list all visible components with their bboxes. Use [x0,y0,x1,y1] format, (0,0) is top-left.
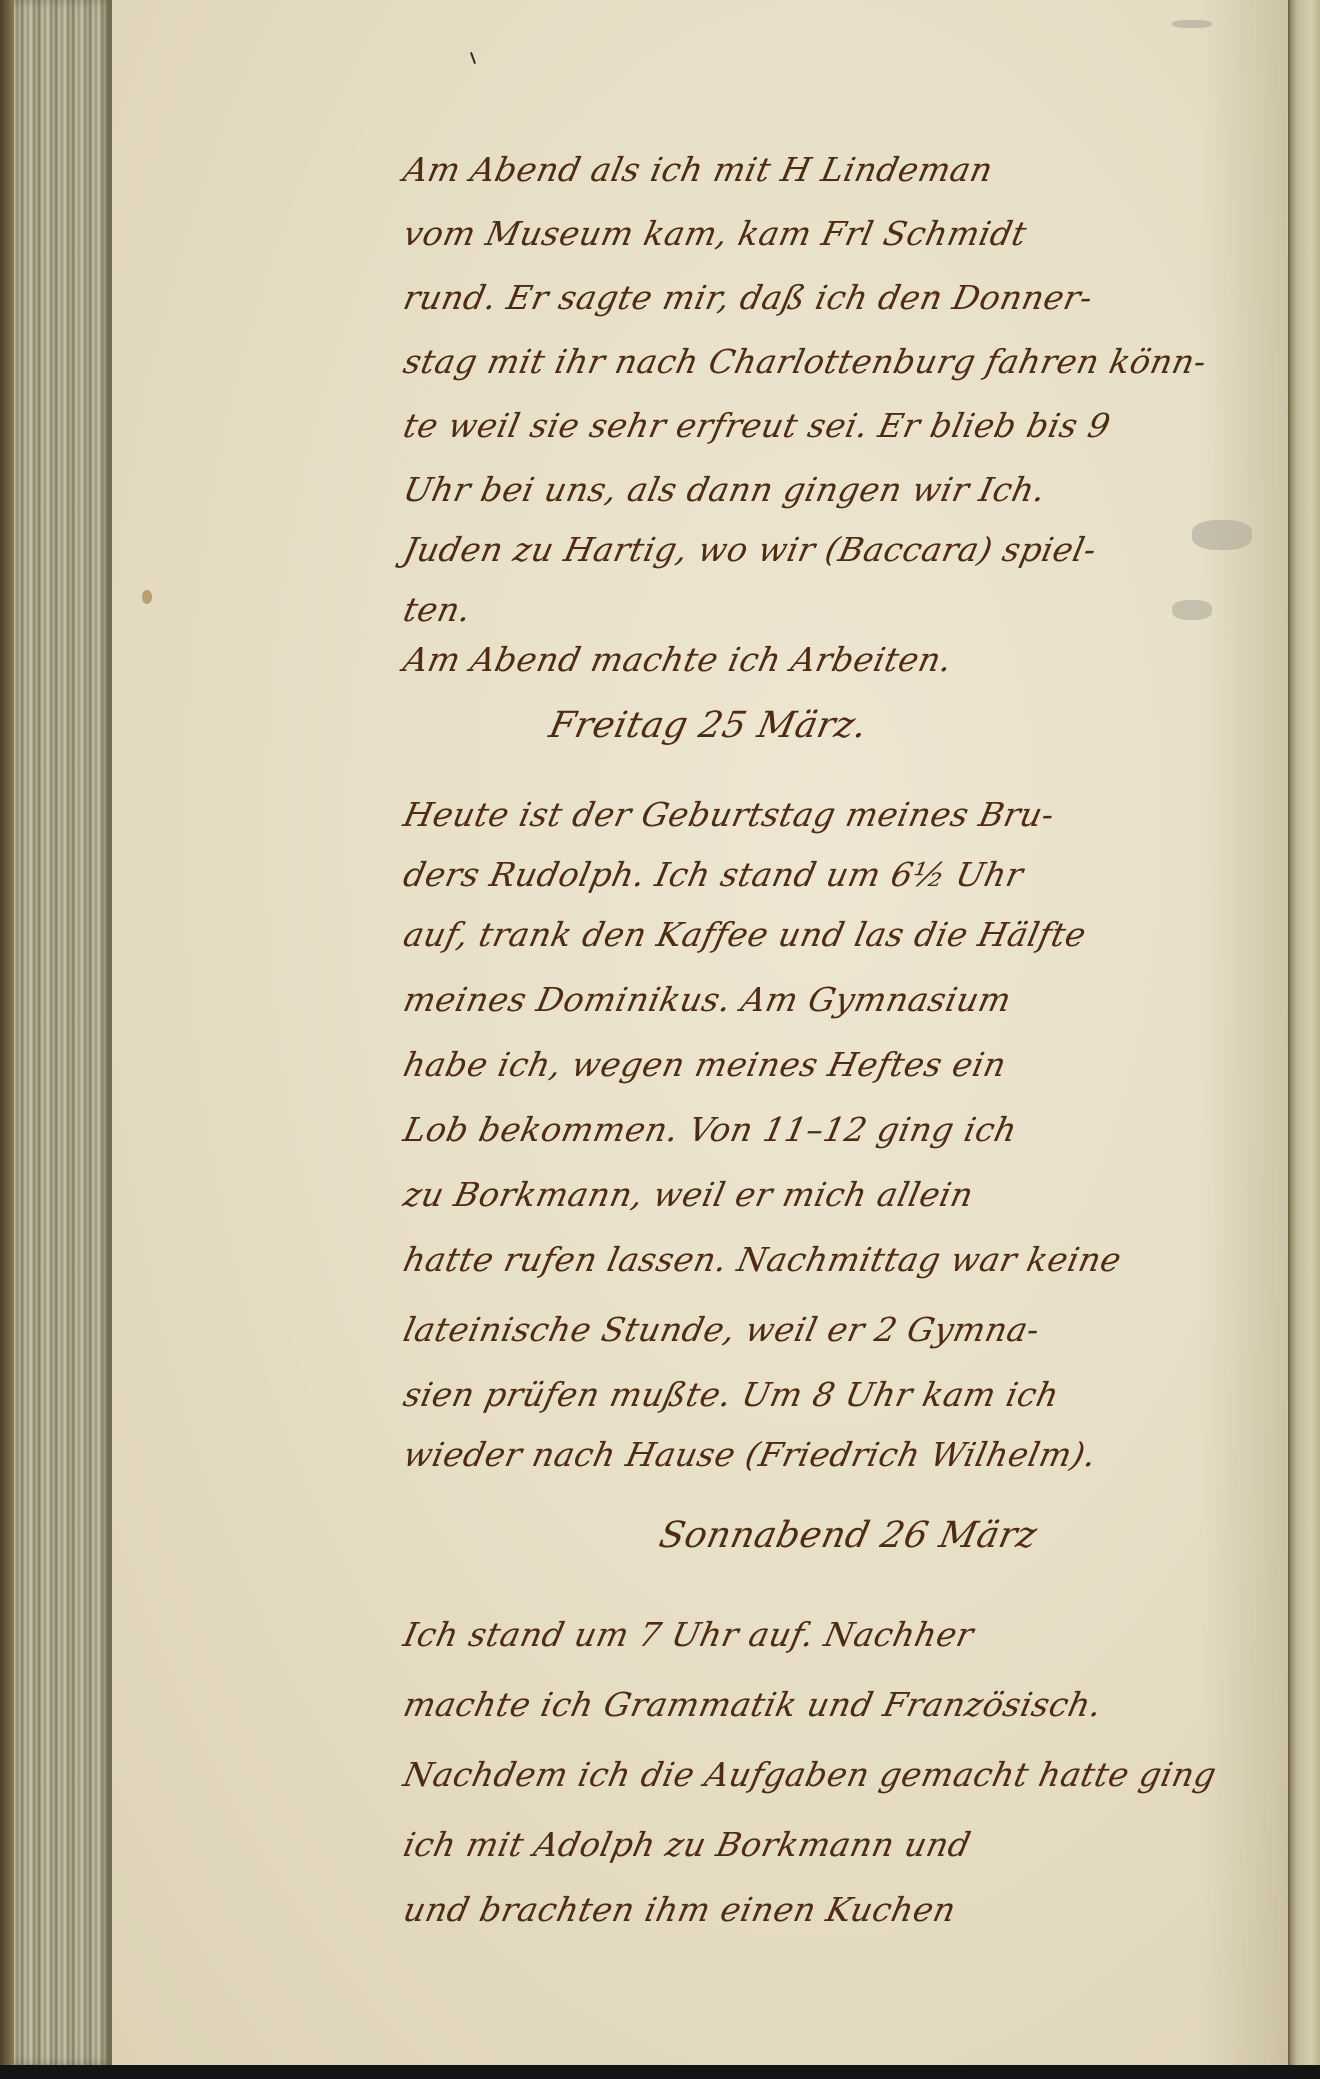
facing-page-edge [1288,0,1320,2065]
text-line: Heute ist der Geburtstag meines Bru- [400,795,1058,834]
text-line: ten. [400,590,475,629]
text-line: Ich stand um 7 Uhr auf. Nachher [400,1615,977,1654]
text-line: sien prüfen mußte. Um 8 Uhr kam ich [400,1375,1063,1414]
text-line: stag mit ihr nach Charlottenburg fahren … [400,342,1210,381]
text-line: vom Museum kam, kam Frl Schmidt [400,214,1030,253]
text-line: auf, trank den Kaffee und las die Hälfte [400,915,1090,954]
pencil-smudge [1172,600,1212,620]
text-line: Juden zu Hartig, wo wir (Baccara) spiel- [400,530,1100,569]
scanned-page: Am Abend als ich mit H Lindeman vom Muse… [0,0,1320,2065]
text-line: Am Abend machte ich Arbeiten. [400,640,956,679]
text-line: lateinische Stunde, weil er 2 Gymna- [400,1310,1043,1349]
text-line: Uhr bei uns, als dann gingen wir Ich. [400,470,1049,509]
text-line: habe ich, wegen meines Heftes ein [400,1045,1010,1084]
text-line: Lob bekommen. Von 11–12 ging ich [400,1110,1021,1149]
text-line: rund. Er sagte mir, daß ich den Donner- [400,278,1096,317]
text-line: zu Borkmann, weil er mich allein [400,1175,977,1214]
text-line: ich mit Adolph zu Borkmann und [400,1825,975,1864]
ink-stain [142,590,152,604]
text-line: wieder nach Hause (Friedrich Wilhelm). [400,1435,1100,1474]
text-line: und brachten ihm einen Kuchen [400,1890,960,1929]
pencil-mark [1172,20,1212,28]
entry-date-heading: Freitag 25 März. [546,705,871,746]
pen-tick-mark [470,52,476,64]
pencil-smudge [1192,520,1252,550]
text-line: meines Dominikus. Am Gymnasium [400,980,1015,1019]
text-line: Am Abend als ich mit H Lindeman [400,150,997,189]
text-line: te weil sie sehr erfreut sei. Er blieb b… [400,406,1114,445]
text-line: ders Rudolph. Ich stand um 6½ Uhr [400,855,1027,894]
text-line: machte ich Grammatik und Französisch. [400,1685,1106,1724]
text-line: Nachdem ich die Aufgaben gemacht hatte g… [400,1755,1220,1794]
scan-bottom-border [0,2065,1320,2079]
text-line: hatte rufen lassen. Nachmittag war keine [400,1240,1125,1279]
entry-date-heading: Sonnabend 26 März [656,1515,1041,1556]
book-page-edges [0,0,112,2065]
